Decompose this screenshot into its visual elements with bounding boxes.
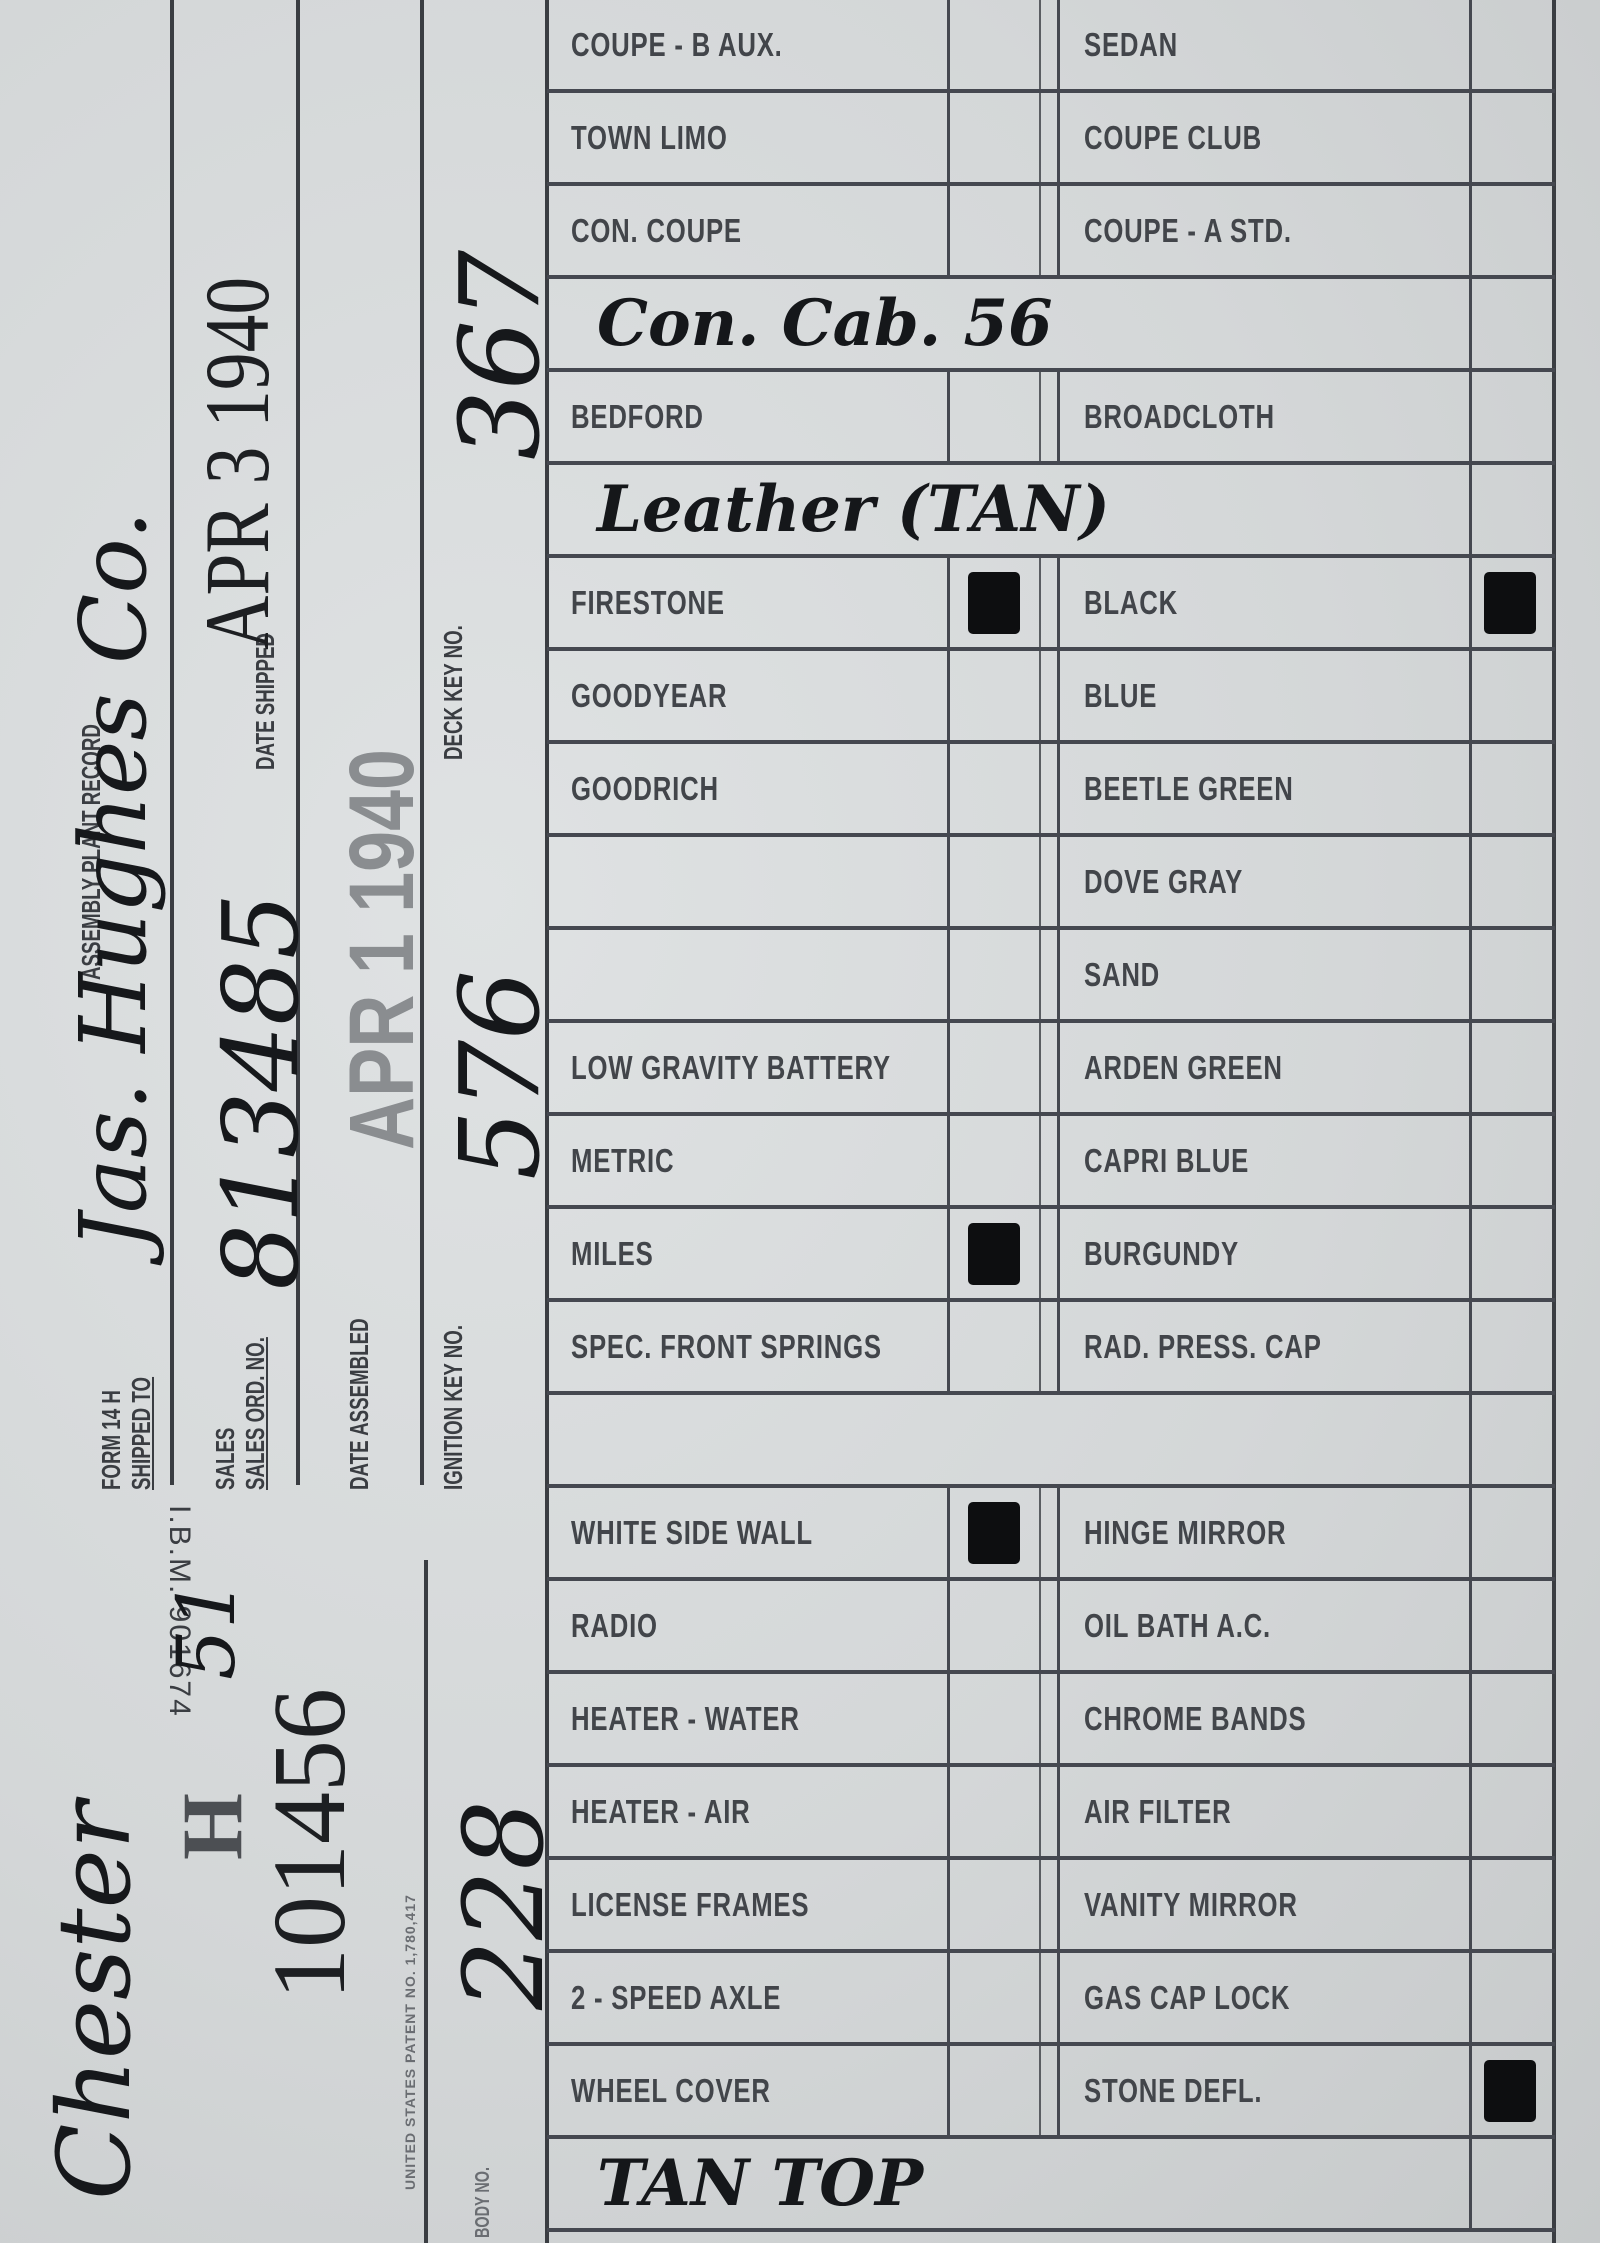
deck-key-label: DECK KEY NO.	[440, 625, 467, 760]
check-box-right[interactable]	[1469, 1674, 1551, 1763]
option-right-label: CAPRI BLUE	[1084, 1142, 1249, 1180]
check-box-right[interactable]	[1469, 1395, 1551, 1484]
check-box-right[interactable]	[1469, 279, 1551, 368]
option-row: LOW GRAVITY BATTERYARDEN GREEN	[547, 1023, 1555, 1116]
option-left: BEDFORD	[547, 372, 947, 461]
option-row: LICENSE FRAMESVANITY MIRROR	[547, 1860, 1555, 1953]
check-box-right[interactable]	[1469, 0, 1551, 89]
check-box-right[interactable]	[1469, 1860, 1551, 1949]
check-box-left[interactable]	[947, 2046, 1039, 2135]
option-right: CAPRI BLUE	[1057, 1116, 1469, 1205]
option-right-label: SEDAN	[1084, 26, 1178, 64]
check-box-right[interactable]	[1469, 1767, 1551, 1856]
option-right-label: BLACK	[1084, 584, 1178, 622]
option-left-label: BEDFORD	[571, 398, 704, 436]
option-row: MILESBURGUNDY	[547, 1209, 1555, 1302]
option-right: GAS CAP LOCK	[1057, 1953, 1469, 2042]
option-right: BEETLE GREEN	[1057, 744, 1469, 833]
check-box-left[interactable]	[947, 1116, 1039, 1205]
check-box-right[interactable]	[1469, 837, 1551, 926]
option-right-label: BEETLE GREEN	[1084, 770, 1294, 808]
option-left: GOODYEAR	[547, 651, 947, 740]
check-box-left[interactable]	[947, 744, 1039, 833]
option-left: TOWN LIMO	[547, 93, 947, 182]
option-right: HINGE MIRROR	[1057, 1488, 1469, 1577]
check-box-left[interactable]	[947, 1581, 1039, 1670]
double-rule	[1039, 1116, 1057, 1205]
option-right-label: COUPE CLUB	[1084, 119, 1262, 157]
handwritten-entry: TAN TOP	[597, 2146, 923, 2221]
check-box-left[interactable]	[947, 1767, 1039, 1856]
option-left: MILES	[547, 1209, 947, 1298]
ignition-key-label: IGNITION KEY NO.	[440, 1325, 467, 1490]
option-right: CHROME BANDS	[1057, 1674, 1469, 1763]
option-right: BLUE	[1057, 651, 1469, 740]
double-rule	[1039, 1581, 1057, 1670]
double-rule	[1039, 651, 1057, 740]
check-mark-icon	[968, 1223, 1020, 1285]
option-right-label: AIR FILTER	[1084, 1793, 1231, 1831]
check-box-right[interactable]	[1469, 93, 1551, 182]
check-box-right[interactable]	[1469, 558, 1551, 647]
option-row	[547, 1395, 1555, 1488]
option-left-label: LOW GRAVITY BATTERY	[571, 1049, 891, 1087]
option-right: SAND	[1057, 930, 1469, 1019]
option-right-label: STONE DEFL.	[1084, 2072, 1262, 2110]
option-left-label: SPEC. FRONT SPRINGS	[571, 1328, 882, 1366]
option-row: COUPE - B AUX.SEDAN	[547, 0, 1555, 93]
check-box-right[interactable]	[1469, 651, 1551, 740]
check-box-right[interactable]	[1469, 2046, 1551, 2135]
option-row: METRICCAPRI BLUE	[547, 1116, 1555, 1209]
handwritten-entry: Con. Cab. 56	[597, 286, 1053, 361]
check-box-right[interactable]	[1469, 1581, 1551, 1670]
check-box-left[interactable]	[947, 93, 1039, 182]
option-row: RADIOOIL BATH A.C.	[547, 1581, 1555, 1674]
check-box-right[interactable]	[1469, 1488, 1551, 1577]
option-row: WHEEL COVERSTONE DEFL.	[547, 2046, 1555, 2139]
check-mark-icon	[968, 1502, 1020, 1564]
divider-line	[420, 0, 424, 1485]
option-row: WHITE SIDE WALLHINGE MIRROR	[547, 1488, 1555, 1581]
option-left-label: HEATER - AIR	[571, 1793, 751, 1831]
option-right: BLACK	[1057, 558, 1469, 647]
double-rule	[1039, 1953, 1057, 2042]
option-left: COUPE - B AUX.	[547, 0, 947, 89]
option-right-label: CHROME BANDS	[1084, 1700, 1306, 1738]
double-rule	[1039, 1023, 1057, 1112]
option-right-label: VANITY MIRROR	[1084, 1886, 1298, 1924]
option-left-label: TOWN LIMO	[571, 119, 728, 157]
option-left: FIRESTONE	[547, 558, 947, 647]
double-rule	[1039, 2046, 1057, 2135]
check-box-left[interactable]	[947, 186, 1039, 275]
double-rule	[1039, 1767, 1057, 1856]
option-left-label: METRIC	[571, 1142, 674, 1180]
option-left: 2 - SPEED AXLE	[547, 1953, 947, 2042]
check-box-right[interactable]	[1469, 744, 1551, 833]
option-right: OIL BATH A.C.	[1057, 1581, 1469, 1670]
option-left-label: 2 - SPEED AXLE	[571, 1979, 781, 2017]
options-grid: COUPE - B AUX.SEDANTOWN LIMOCOUPE CLUBCO…	[547, 0, 1555, 2243]
date-shipped-value: APR 3 1940	[184, 277, 290, 650]
option-right-label: SAND	[1084, 956, 1160, 994]
handwritten-entry-cell[interactable]	[547, 1395, 1469, 1484]
option-row: FIRESTONEBLACK	[547, 558, 1555, 651]
option-left	[547, 837, 947, 926]
double-rule	[1039, 1209, 1057, 1298]
handwritten-entry-cell[interactable]: TAN TOP	[547, 2139, 1469, 2228]
option-right: STONE DEFL.	[1057, 2046, 1469, 2135]
option-right-label: BLUE	[1084, 677, 1157, 715]
double-rule	[1039, 0, 1057, 89]
option-left: HEATER - AIR	[547, 1767, 947, 1856]
check-box-left[interactable]	[947, 651, 1039, 740]
divider-line	[170, 0, 174, 1485]
option-right: DOVE GRAY	[1057, 837, 1469, 926]
option-right-label: ARDEN GREEN	[1084, 1049, 1283, 1087]
date-assembled-label: DATE ASSEMBLED	[346, 1318, 373, 1490]
option-right: SEDAN	[1057, 0, 1469, 89]
double-rule	[1039, 1860, 1057, 1949]
option-row: GOODYEARBLUE	[547, 651, 1555, 744]
option-right: VANITY MIRROR	[1057, 1860, 1469, 1949]
check-box-left[interactable]	[947, 1209, 1039, 1298]
shipped-to-label: SHIPPED TO	[128, 1377, 155, 1490]
check-mark-icon	[968, 572, 1020, 634]
sales-ord-label-line1: SALES	[212, 1428, 239, 1490]
handwritten-entry: Leather (TAN)	[597, 472, 1110, 547]
double-rule	[1039, 744, 1057, 833]
option-row: DOVE GRAY	[547, 837, 1555, 930]
option-right-label: BURGUNDY	[1084, 1235, 1239, 1273]
option-left: GOODRICH	[547, 744, 947, 833]
check-box-left[interactable]	[947, 1302, 1039, 1391]
option-row: BEDFORDBROADCLOTH	[547, 372, 1555, 465]
check-box-left[interactable]	[947, 1953, 1039, 2042]
option-right: BROADCLOTH	[1057, 372, 1469, 461]
double-rule	[1039, 837, 1057, 926]
option-right-label: RAD. PRESS. CAP	[1084, 1328, 1322, 1366]
check-box-right[interactable]	[1469, 465, 1551, 554]
shipped-to-value: Jas. Hughes Co.	[60, 511, 167, 1250]
double-rule	[1039, 186, 1057, 275]
form-number-label: FORM 14 H	[98, 1390, 125, 1490]
option-row: Leather (TAN)	[547, 465, 1555, 558]
check-box-left[interactable]	[947, 0, 1039, 89]
option-left: LICENSE FRAMES	[547, 1860, 947, 1949]
option-left-label: WHEEL COVER	[571, 2072, 771, 2110]
double-rule	[1039, 558, 1057, 647]
option-right-label: OIL BATH A.C.	[1084, 1607, 1271, 1645]
serial-stamp: 101456	[250, 1688, 369, 2000]
option-left-label: HEATER - WATER	[571, 1700, 800, 1738]
option-left-label: FIRESTONE	[571, 584, 725, 622]
check-box-left[interactable]	[947, 372, 1039, 461]
check-box-left[interactable]	[947, 558, 1039, 647]
option-right: RAD. PRESS. CAP	[1057, 1302, 1469, 1391]
option-left: METRIC	[547, 1116, 947, 1205]
option-left: WHEEL COVER	[547, 2046, 947, 2135]
option-row: SPEC. FRONT SPRINGSRAD. PRESS. CAP	[547, 1302, 1555, 1395]
check-box-left[interactable]	[947, 1860, 1039, 1949]
sales-ord-value: 813485	[200, 893, 322, 1290]
option-left-label: CON. COUPE	[571, 212, 742, 250]
check-box-right[interactable]	[1469, 186, 1551, 275]
option-row: TOWN LIMOCOUPE CLUB	[547, 93, 1555, 186]
check-box-left[interactable]	[947, 930, 1039, 1019]
option-left-label: GOODYEAR	[571, 677, 727, 715]
option-right-label: DOVE GRAY	[1084, 863, 1243, 901]
check-box-left[interactable]	[947, 1488, 1039, 1577]
option-row: HEATER - AIRAIR FILTER	[547, 1767, 1555, 1860]
model-stamp-letter: H	[162, 1793, 262, 1860]
option-left: RADIO	[547, 1581, 947, 1670]
handwritten-entry-cell[interactable]: Leather (TAN)	[547, 465, 1469, 554]
check-box-left[interactable]	[947, 1023, 1039, 1112]
handwritten-number: 51	[160, 1578, 253, 1680]
check-box-left[interactable]	[947, 837, 1039, 926]
option-right: ARDEN GREEN	[1057, 1023, 1469, 1112]
option-row: CON. COUPECOUPE - A STD.	[547, 186, 1555, 279]
option-row: Con. Cab. 56	[547, 279, 1555, 372]
option-row: SAND	[547, 930, 1555, 1023]
check-mark-icon	[1484, 572, 1536, 634]
option-right: COUPE - A STD.	[1057, 186, 1469, 275]
check-box-left[interactable]	[947, 1674, 1039, 1763]
option-left-label: LICENSE FRAMES	[571, 1886, 809, 1924]
option-left-label: WHITE SIDE WALL	[571, 1514, 813, 1552]
double-rule	[1039, 930, 1057, 1019]
option-left	[547, 930, 947, 1019]
option-right-label: HINGE MIRROR	[1084, 1514, 1286, 1552]
option-left-label: COUPE - B AUX.	[571, 26, 783, 64]
option-left: HEATER - WATER	[547, 1674, 947, 1763]
option-left-label: MILES	[571, 1235, 654, 1273]
option-left: LOW GRAVITY BATTERY	[547, 1023, 947, 1112]
date-shipped-label: DATE SHIPPED	[252, 633, 279, 770]
option-left: CON. COUPE	[547, 186, 947, 275]
option-row: 2 - SPEED AXLEGAS CAP LOCK	[547, 1953, 1555, 2046]
check-box-right[interactable]	[1469, 1302, 1551, 1391]
check-box-right[interactable]	[1469, 1116, 1551, 1205]
option-right-label: BROADCLOTH	[1084, 398, 1275, 436]
option-left: SPEC. FRONT SPRINGS	[547, 1302, 947, 1391]
check-box-right[interactable]	[1469, 1953, 1551, 2042]
divider-line	[424, 1560, 428, 2243]
check-box-right[interactable]	[1469, 930, 1551, 1019]
check-box-right[interactable]	[1469, 1023, 1551, 1112]
double-rule	[1039, 93, 1057, 182]
option-left-label: GOODRICH	[571, 770, 719, 808]
double-rule	[1039, 1302, 1057, 1391]
option-left: WHITE SIDE WALL	[547, 1488, 947, 1577]
double-rule	[1039, 1488, 1057, 1577]
body-no-label: BODY NO.	[470, 2167, 497, 2238]
patent-text: UNITED STATES PATENT NO. 1,780,417	[402, 1894, 418, 2190]
check-box-right[interactable]	[1469, 372, 1551, 461]
check-box-right[interactable]	[1469, 1209, 1551, 1298]
option-row: HEATER - WATERCHROME BANDS	[547, 1674, 1555, 1767]
option-right-label: GAS CAP LOCK	[1084, 1979, 1290, 2017]
handwritten-entry-cell[interactable]: Con. Cab. 56	[547, 279, 1469, 368]
option-row: TAN TOP	[547, 2139, 1555, 2232]
double-rule	[1039, 372, 1057, 461]
date-assembled-stamp: APR 1 1940	[330, 749, 435, 1150]
option-right: AIR FILTER	[1057, 1767, 1469, 1856]
assembly-plant-record-card: FORM 14 H SHIPPED TO ASSEMBLY PLANT RECO…	[0, 0, 1600, 2243]
double-rule	[1039, 1674, 1057, 1763]
option-right: BURGUNDY	[1057, 1209, 1469, 1298]
option-row: GOODRICHBEETLE GREEN	[547, 744, 1555, 837]
sales-ord-label: SALES ORD. NO.	[242, 1337, 269, 1490]
option-right: COUPE CLUB	[1057, 93, 1469, 182]
option-right-label: COUPE - A STD.	[1084, 212, 1292, 250]
option-left-label: RADIO	[571, 1607, 658, 1645]
handwritten-name: Chester	[36, 1801, 153, 2200]
check-mark-icon	[1484, 2060, 1536, 2122]
check-box-right[interactable]	[1469, 2139, 1551, 2228]
